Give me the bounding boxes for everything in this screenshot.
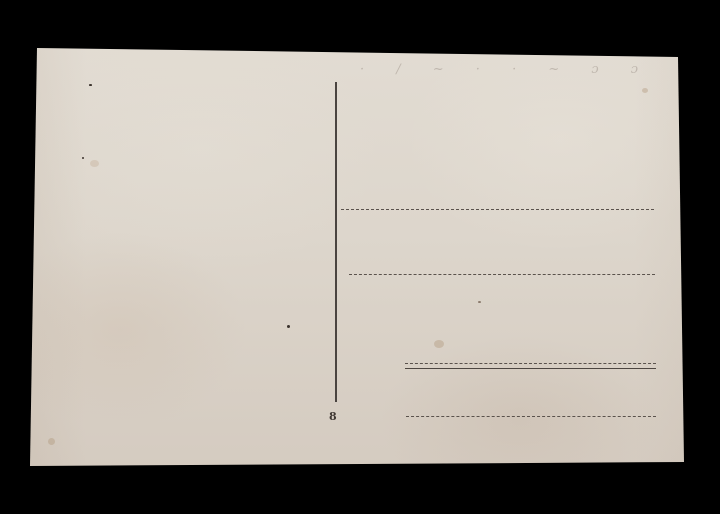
faint-pencil-marks: · / ~ · · ~ ɔ ɔ	[360, 62, 652, 77]
center-divider-line	[335, 82, 337, 402]
foxing-stain	[90, 160, 99, 167]
ink-speck	[89, 84, 92, 86]
address-line-3	[405, 363, 656, 364]
foxing-stain	[642, 88, 648, 93]
address-line-4	[406, 416, 656, 417]
ink-speck	[478, 301, 481, 303]
photo-stage: · / ~ · · ~ ɔ ɔ 8	[0, 0, 720, 514]
printer-mark: 8	[329, 410, 337, 423]
address-line-2	[349, 274, 655, 275]
postcard-back: · / ~ · · ~ ɔ ɔ 8	[0, 0, 720, 514]
ink-speck	[287, 325, 290, 328]
address-line-3-underline	[405, 368, 656, 369]
ink-speck	[82, 157, 84, 159]
address-line-1	[341, 209, 654, 210]
foxing-stain	[48, 438, 55, 445]
foxing-stain	[434, 340, 444, 348]
